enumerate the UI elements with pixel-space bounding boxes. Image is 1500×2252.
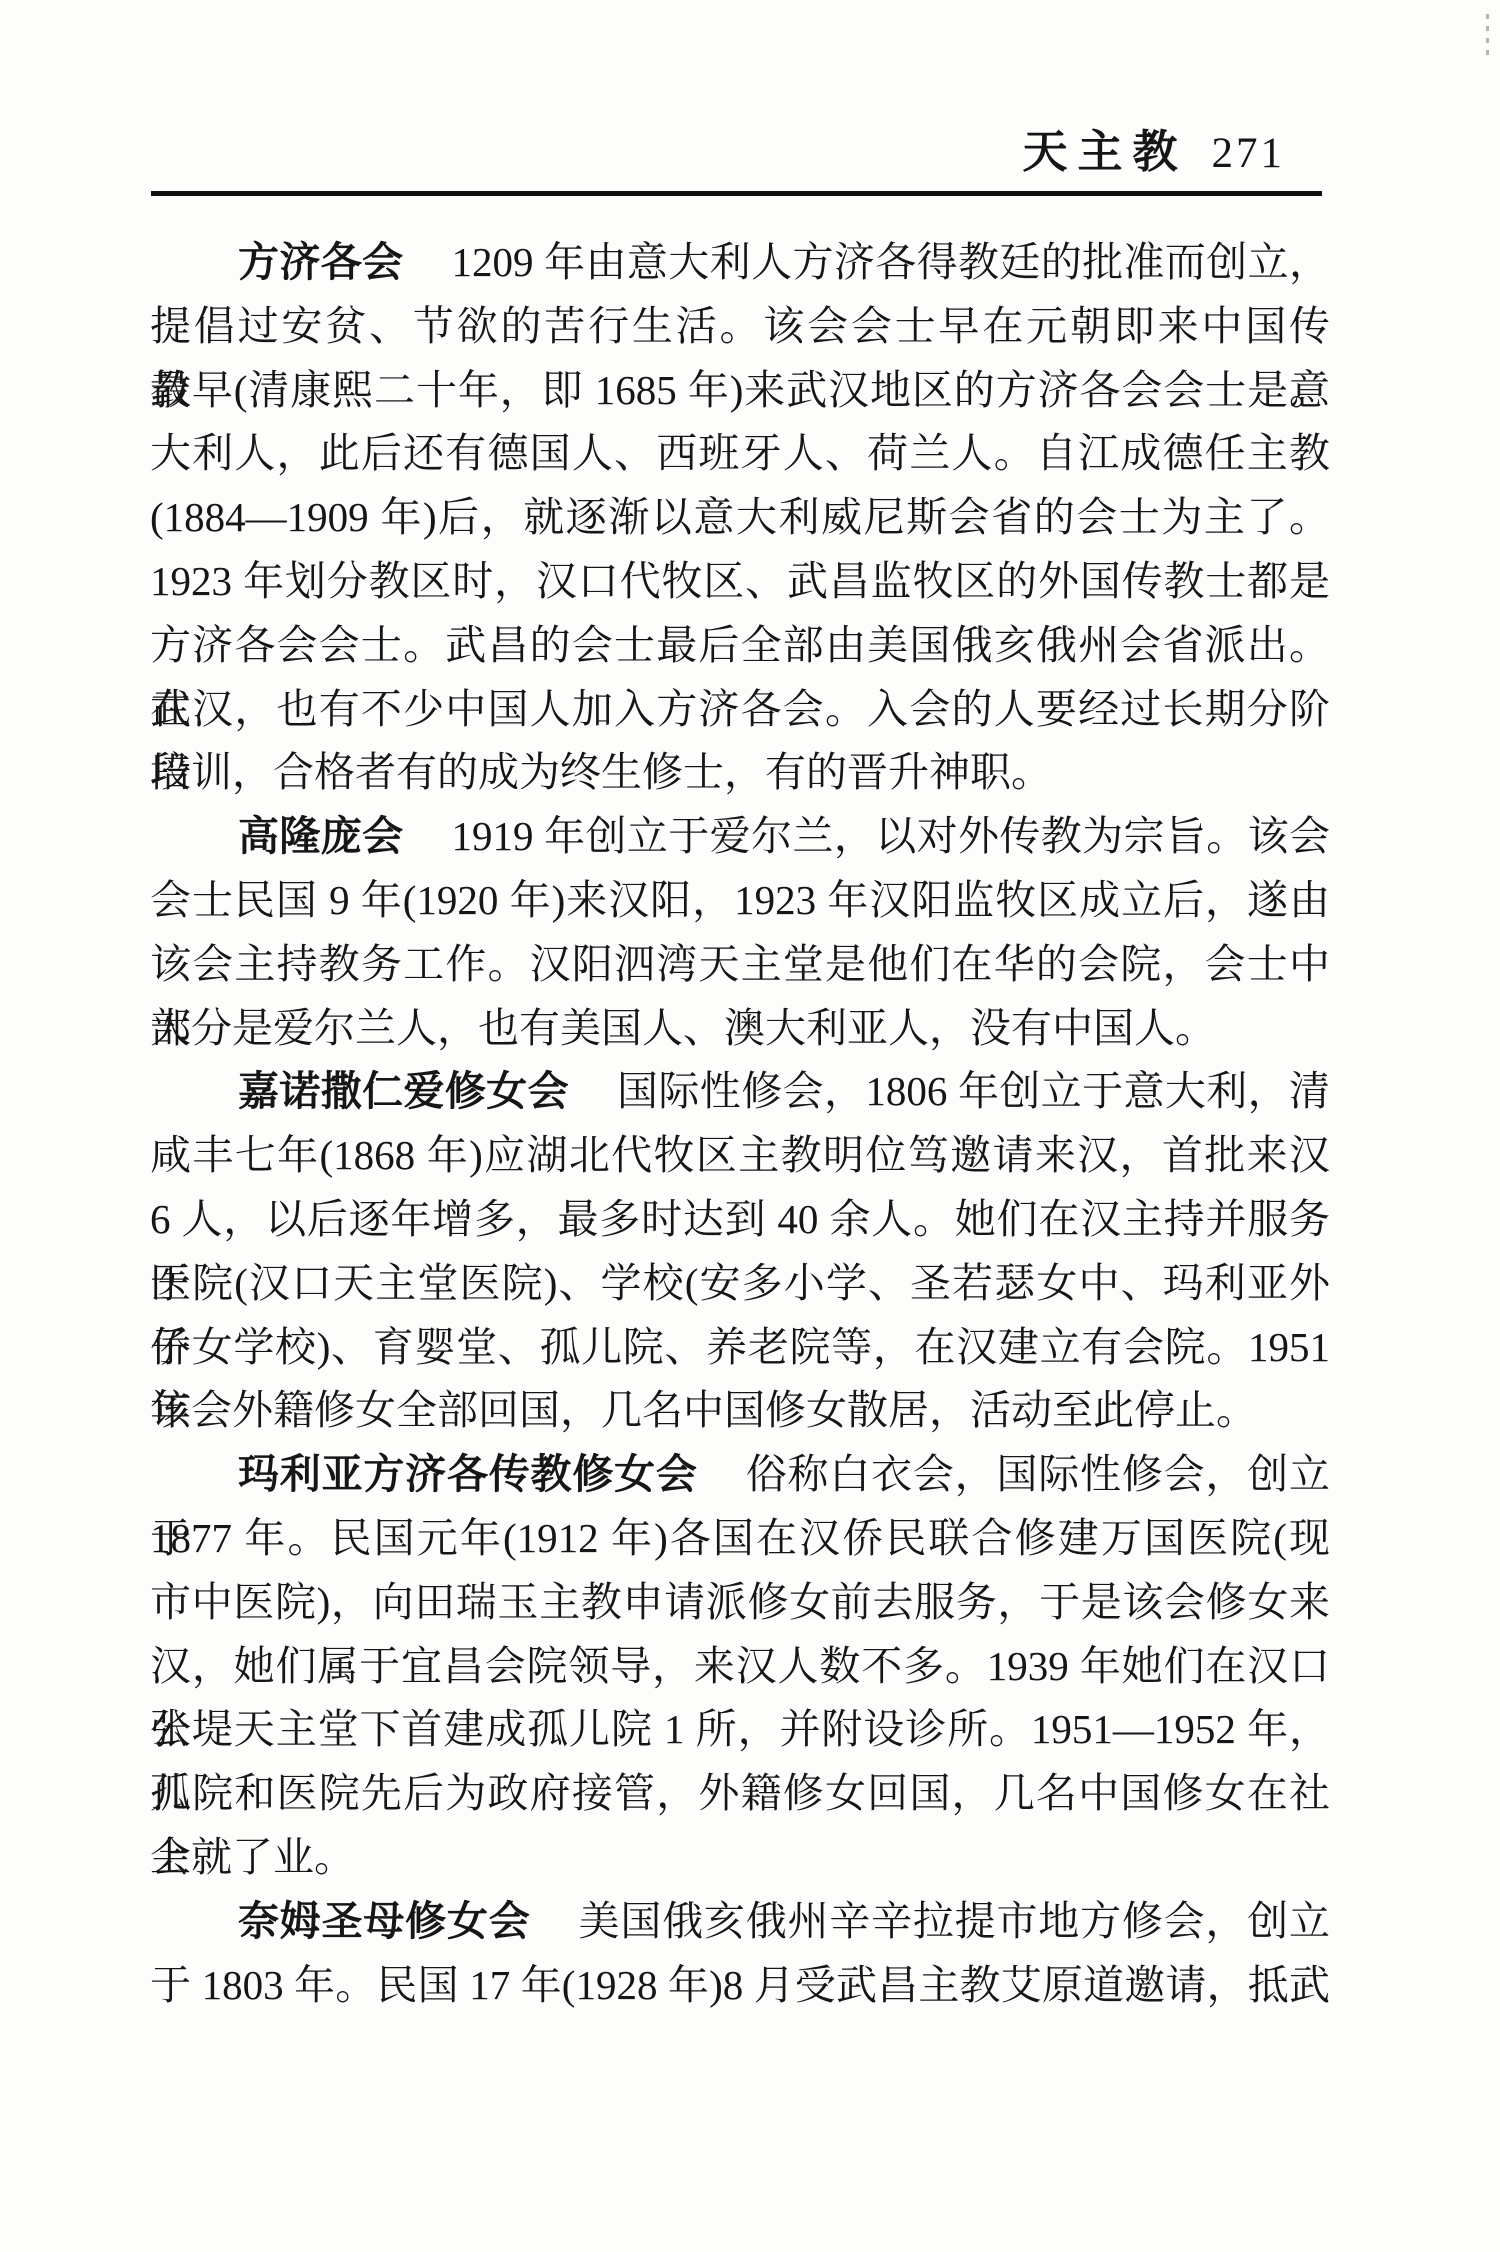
text-line: 1923 年划分教区时，汉口代牧区、武昌监牧区的外国传教士都是 — [150, 550, 1330, 614]
text-line: 部分是爱尔兰人，也有美国人、澳大利亚人，没有中国人。 — [150, 997, 1330, 1061]
paragraph-first-line: 奈姆圣母修女会美国俄亥俄州辛辛拉提市地方修会，创立 — [150, 1890, 1330, 1954]
scan-artifact — [1486, 14, 1489, 62]
text-line: 公堤天主堂下首建成孤儿院 1 所，并附设诊所。1951—1952 年，孤 — [150, 1698, 1330, 1762]
text-line: 武汉，也有不少中国人加入方济各会。入会的人要经过长期分阶段 — [150, 678, 1330, 742]
text-line: 咸丰七年(1868 年)应湖北代牧区主教明位笃邀请来汉，首批来汉 — [150, 1124, 1330, 1188]
page-number: 271 — [1212, 130, 1286, 177]
text-line: 6 人，以后逐年增多，最多时达到 40 余人。她们在汉主持并服务于 — [150, 1188, 1330, 1252]
text-line: 大利人，此后还有德国人、西班牙人、荷兰人。自江成德任主教 — [150, 422, 1330, 486]
order-heading: 奈姆圣母修女会 — [238, 1898, 531, 1944]
line-text: 1209 年由意大利人方济各得教廷的批准而创立， — [452, 239, 1330, 285]
order-heading: 玛利亚方济各传教修女会 — [238, 1451, 698, 1497]
line-text: 美国俄亥俄州辛辛拉提市地方修会，创立 — [579, 1898, 1330, 1944]
book-page: 天主教271 方济各会1209 年由意大利人方济各得教廷的批准而创立，提倡过安贫… — [0, 0, 1500, 2252]
text-line: 提倡过安贫、节欲的苦行生活。该会会士早在元朝即来中国传教。 — [150, 295, 1330, 359]
paragraph-first-line: 嘉诺撒仁爱修女会国际性修会，1806 年创立于意大利，清 — [150, 1060, 1330, 1124]
text-line: 于 1803 年。民国 17 年(1928 年)8 月受武昌主教艾原道邀请，抵武 — [150, 1954, 1330, 2018]
text-line: 会士民国 9 年(1920 年)来汉阳，1923 年汉阳监牧区成立后，遂由 — [150, 869, 1330, 933]
text-line: 方济各会会士。武昌的会士最后全部由美国俄亥俄州会省派出。在 — [150, 614, 1330, 678]
header-rule — [151, 191, 1322, 196]
order-heading: 高隆庞会 — [238, 813, 404, 859]
text-line: 最早(清康熙二十年，即 1685 年)来武汉地区的方济各会会士是意 — [150, 359, 1330, 423]
line-text: 国际性修会，1806 年创立于意大利，清 — [617, 1068, 1330, 1114]
paragraph-first-line: 方济各会1209 年由意大利人方济各得教廷的批准而创立， — [150, 231, 1330, 295]
order-heading: 方济各会 — [238, 239, 404, 285]
paragraph-first-line: 高隆庞会1919 年创立于爱尔兰，以对外传教为宗旨。该会 — [150, 805, 1330, 869]
text-line: 儿院和医院先后为政府接管，外籍修女回国，几名中国修女在社会 — [150, 1762, 1330, 1826]
text-line: 培训，合格者有的成为终生修士，有的晋升神职。 — [150, 741, 1330, 805]
text-line: 汉，她们属于宜昌会院领导，来汉人数不多。1939 年她们在汉口张 — [150, 1635, 1330, 1699]
chapter-title: 天主教 — [1022, 127, 1187, 177]
paragraph-first-line: 玛利亚方济各传教修女会俗称白衣会，国际性修会，创立于 — [150, 1443, 1330, 1507]
text-line: 1877 年。民国元年(1912 年)各国在汉侨民联合修建万国医院(现 — [150, 1507, 1330, 1571]
running-header: 天主教271 — [150, 124, 1285, 191]
text-line: 该会外籍修女全部回国，几名中国修女散居，活动至此停止。 — [150, 1379, 1330, 1443]
text-line: 上就了业。 — [150, 1826, 1330, 1890]
body-text: 方济各会1209 年由意大利人方济各得教廷的批准而创立，提倡过安贫、节欲的苦行生… — [150, 231, 1330, 2017]
line-text: 1919 年创立于爱尔兰，以对外传教为宗旨。该会 — [452, 813, 1330, 859]
text-line: (1884—1909 年)后，就逐渐以意大利威尼斯会省的会士为主了。 — [150, 486, 1330, 550]
order-heading: 嘉诺撒仁爱修女会 — [238, 1068, 569, 1114]
text-line: 子女学校)、育婴堂、孤儿院、养老院等，在汉建立有会院。1951 年 — [150, 1316, 1330, 1380]
text-line: 市中医院)，向田瑞玉主教申请派修女前去服务，于是该会修女来 — [150, 1571, 1330, 1635]
text-line: 医院(汉口天主堂医院)、学校(安多小学、圣若瑟女中、玛利亚外侨 — [150, 1252, 1330, 1316]
text-line: 该会主持教务工作。汉阳泗湾天主堂是他们在华的会院，会士中大 — [150, 933, 1330, 997]
